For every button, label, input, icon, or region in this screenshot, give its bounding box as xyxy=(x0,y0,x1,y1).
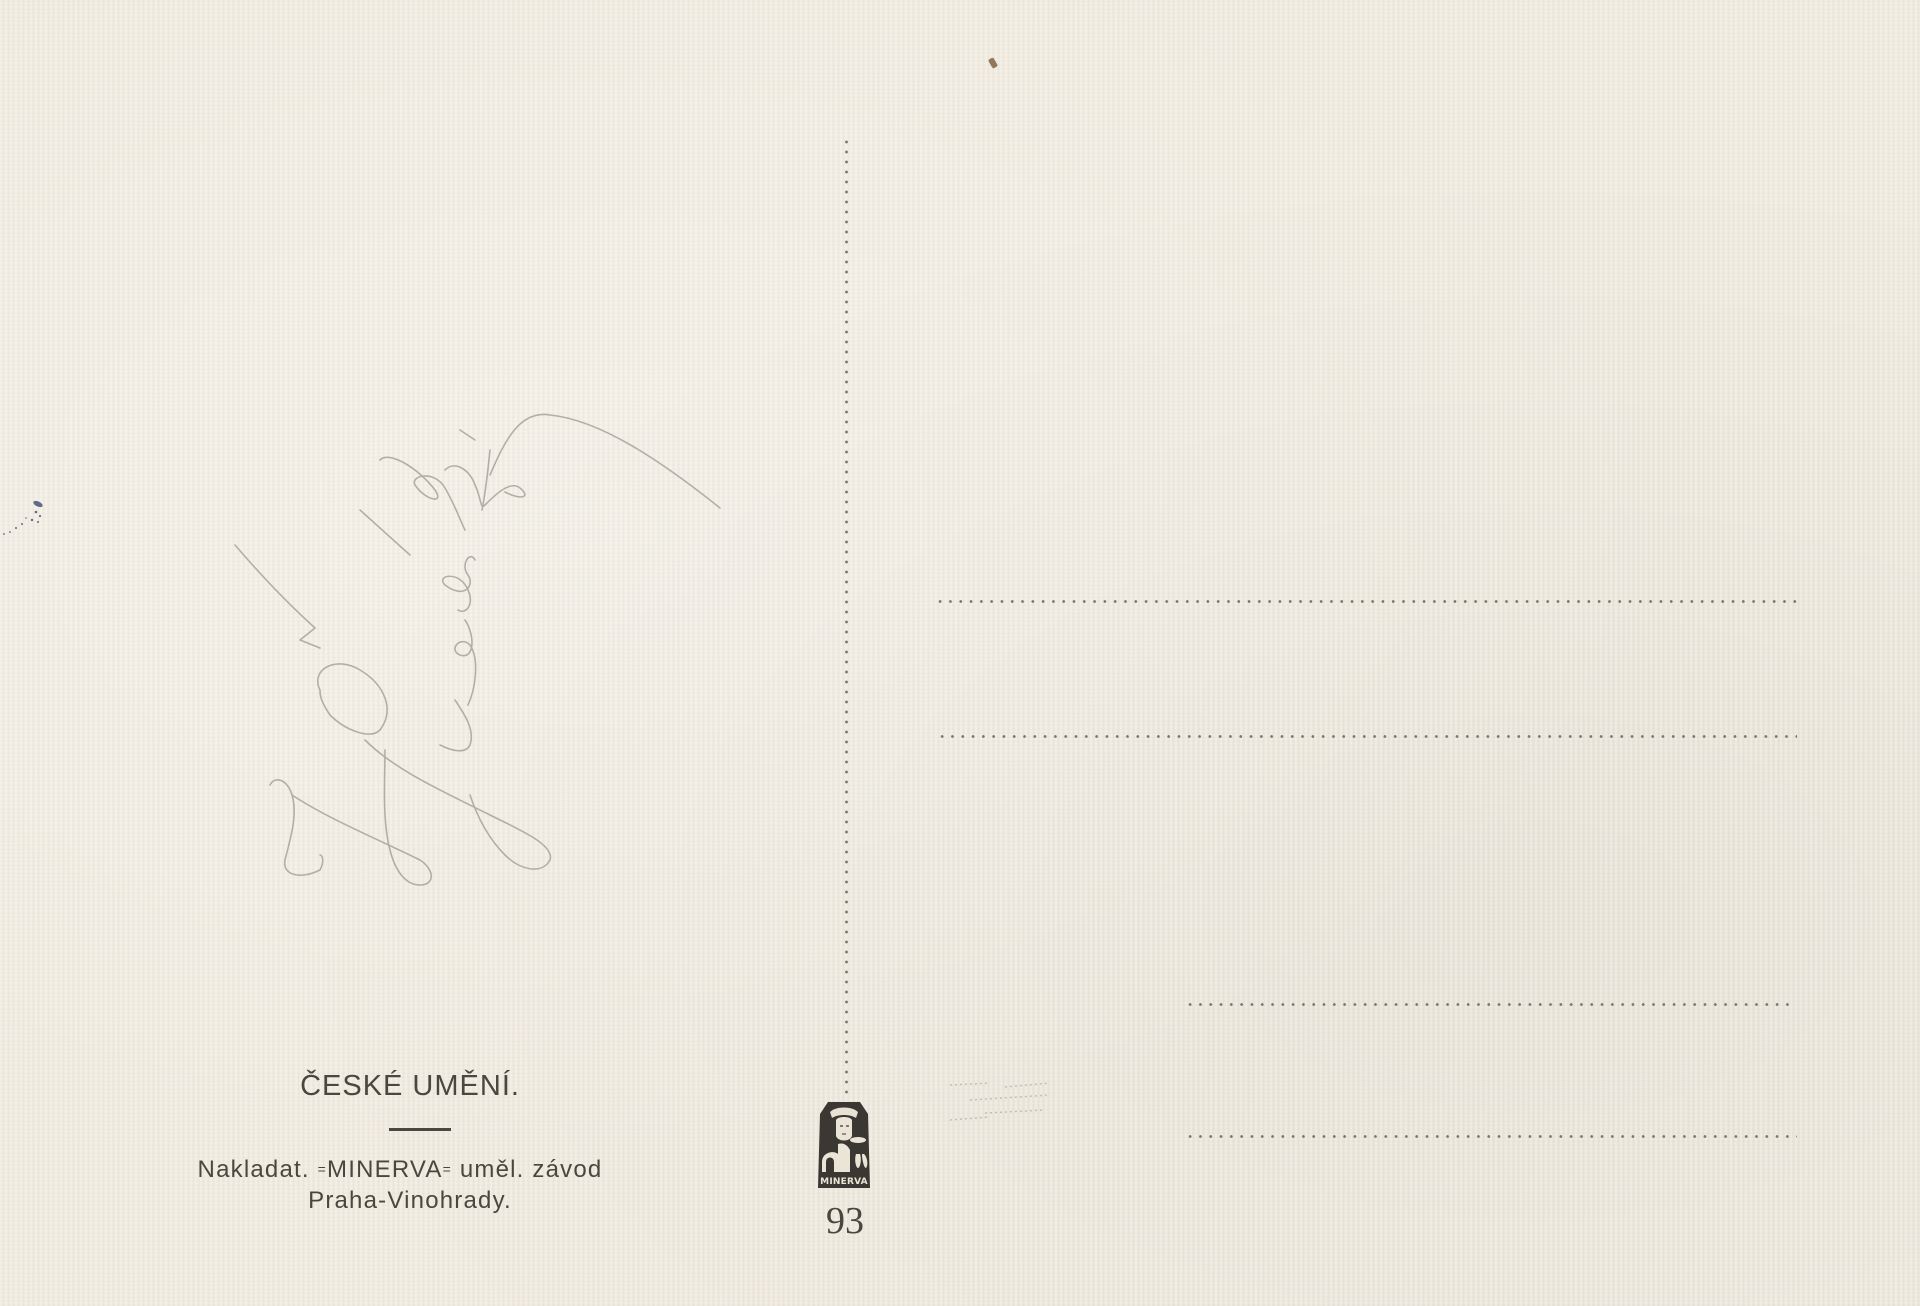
pencil-signature xyxy=(220,400,780,910)
blue-ink-mark xyxy=(0,490,50,540)
publisher-prefix: Nakladat. xyxy=(198,1156,310,1183)
publisher-city: Praha-Vinohrady. xyxy=(160,1186,660,1216)
publisher-name: MINERVA xyxy=(327,1156,443,1183)
address-line-2 xyxy=(937,735,1797,738)
address-line-3 xyxy=(1185,1003,1795,1006)
card-number: 93 xyxy=(815,1198,875,1244)
paper-speck xyxy=(988,57,998,69)
address-line-4 xyxy=(1185,1135,1797,1138)
publisher-close-mark: = xyxy=(443,1161,452,1177)
publisher-line: Nakladat. =MINERVA= uměl. závod xyxy=(140,1153,660,1186)
title-rule xyxy=(389,1128,451,1131)
publisher-imprint: ČESKÉ UMĚNÍ. Nakladat. =MINERVA= uměl. z… xyxy=(140,1068,660,1216)
address-line-1 xyxy=(935,600,1797,603)
publisher-suffix: uměl. závod xyxy=(460,1156,603,1183)
publisher-open-mark: = xyxy=(318,1161,327,1177)
show-through-marks xyxy=(930,1065,1060,1135)
center-dotted-divider xyxy=(845,137,848,1097)
logo-label: MINERVA xyxy=(820,1177,868,1187)
minerva-logo-icon: MINERVA xyxy=(812,1098,876,1192)
series-title: ČESKÉ UMĚNÍ. xyxy=(160,1068,660,1104)
postcard-back: ČESKÉ UMĚNÍ. Nakladat. =MINERVA= uměl. z… xyxy=(0,0,1920,1306)
